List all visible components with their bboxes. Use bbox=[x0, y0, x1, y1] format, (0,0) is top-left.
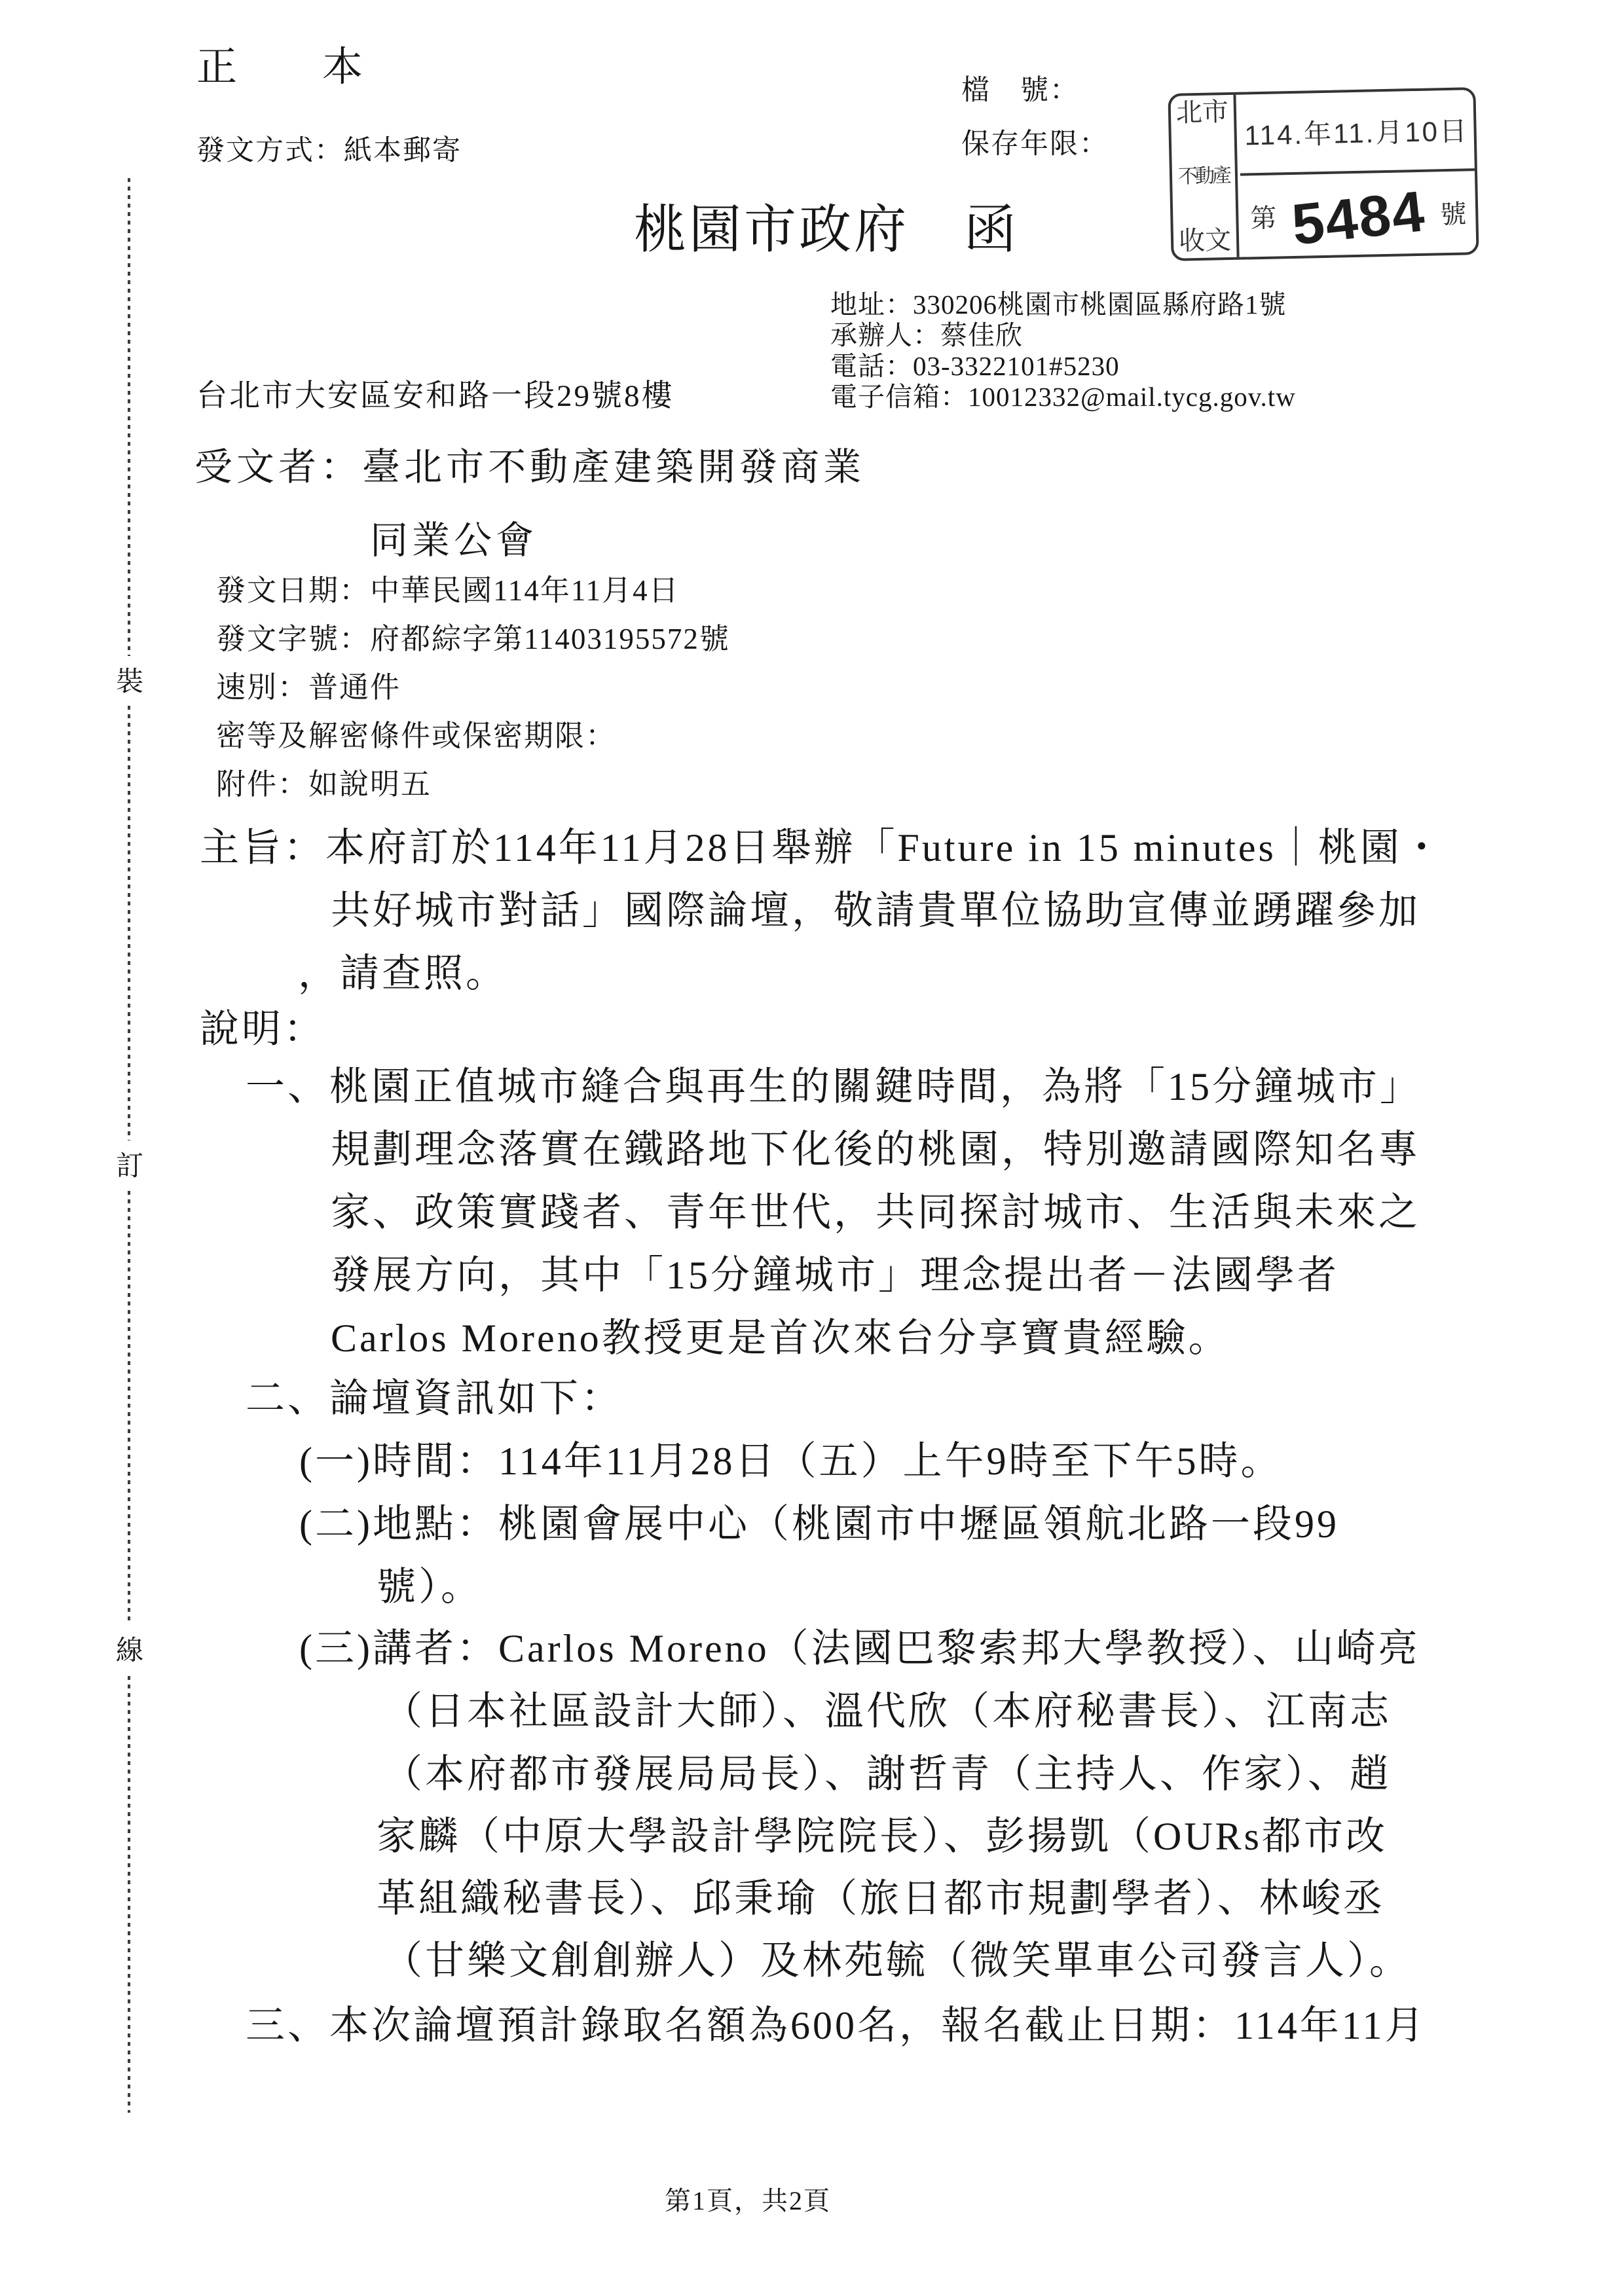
received-stamp: 北市 不動產 收文 114.年11.月10日 第 5484 號 bbox=[1168, 87, 1479, 261]
subject-line-1: 主旨：本府訂於114年11月28日舉辦「Future in 15 minutes… bbox=[200, 816, 1444, 873]
margin-mark-zhuang: 裝 bbox=[115, 656, 144, 703]
page-footer: 第1頁，共2頁 bbox=[665, 2180, 831, 2217]
sender-contact-person: 承辦人：蔡佳欣 bbox=[830, 320, 1296, 351]
document-title: 桃園市政府 函 bbox=[634, 187, 1019, 263]
stamp-receive-date: 114.年11.月10日 bbox=[1238, 90, 1475, 175]
detail-line-14: 革組織秘書長）、邱秉瑜（旅日都市規劃學者）、林峻丞 bbox=[377, 1867, 1385, 1923]
detail-line-2: 規劃理念落實在鐵路地下化後的桃園，特別邀請國際知名專 bbox=[331, 1118, 1420, 1175]
meta-doc-number: 發文字號：府都綜字第11403195572號 bbox=[216, 615, 730, 657]
retention-period-label: 保存年限： bbox=[961, 122, 1109, 162]
stamp-org-top: 北市 bbox=[1176, 99, 1229, 126]
stamp-receive-number: 5484 bbox=[1289, 177, 1429, 258]
stamp-right-section: 114.年11.月10日 第 5484 號 bbox=[1238, 90, 1476, 257]
detail-line-12: （本府都市發展局局長）、謝哲青（主持人、作家）、趙 bbox=[383, 1743, 1392, 1799]
meta-speed-class: 速別：普通件 bbox=[216, 663, 401, 706]
detail-line-10: (三)講者：Carlos Moreno（法國巴黎索邦大學教授）、山崎亮 bbox=[299, 1617, 1420, 1673]
sender-address: 地址：330206桃園市桃園區縣府路1號 bbox=[830, 289, 1296, 320]
stamp-org-mid: 不動產 bbox=[1178, 166, 1230, 187]
meta-secrecy: 密等及解密條件或保密期限： bbox=[216, 712, 616, 754]
stamp-org-column: 北市 不動產 收文 bbox=[1170, 95, 1239, 259]
sender-contact-block: 地址：330206桃園市桃園區縣府路1號 承辦人：蔡佳欣 電話：03-33221… bbox=[830, 289, 1296, 412]
subject-line-2: 共好城市對話」國際論壇，敬請貴單位協助宣傳並踴躍參加 bbox=[331, 879, 1420, 936]
stamp-org-bottom: 收文 bbox=[1179, 227, 1232, 255]
detail-line-15: （甘樂文創創辦人）及林苑毓（微笑單車公司發言人）。 bbox=[383, 1929, 1411, 1986]
scanned-official-letter-page: 裝 訂 線 正 本 發文方式：紙本郵寄 檔 號： 保存年限： 北市 不動產 收文… bbox=[0, 0, 1624, 2296]
recipient-line-2: 同業公會 bbox=[370, 509, 538, 564]
recipient-mail-address: 台北市大安區安和路一段29號8樓 bbox=[196, 371, 674, 415]
subject-line-3: ，請查照。 bbox=[298, 942, 507, 998]
detail-line-5: Carlos Moreno教授更是首次來台分享寶貴經驗。 bbox=[331, 1307, 1230, 1363]
stamp-number-prefix: 第 bbox=[1250, 197, 1277, 235]
meta-attachment: 附件：如說明五 bbox=[216, 760, 432, 803]
detail-line-11: （日本社區設計大師）、溫代欣（本府秘書長）、江南志 bbox=[383, 1680, 1392, 1736]
explanation-label: 說明： bbox=[200, 998, 325, 1054]
detail-line-16: 三、本次論壇預計錄取名額為600名，報名截止日期：114年11月 bbox=[246, 1994, 1427, 2050]
sender-email: 電子信箱：10012332@mail.tycg.gov.tw bbox=[830, 382, 1296, 412]
detail-line-3: 家、政策實踐者、青年世代，共同探討城市、生活與未來之 bbox=[331, 1181, 1420, 1237]
detail-line-9: 號）。 bbox=[377, 1556, 483, 1612]
margin-mark-ding: 訂 bbox=[115, 1140, 144, 1188]
recipient-line-1: 受文者：臺北市不動產建築開發商業 bbox=[194, 436, 865, 491]
meta-issue-date: 發文日期：中華民國114年11月4日 bbox=[216, 566, 680, 609]
file-number-label: 檔 號： bbox=[961, 68, 1079, 108]
stamp-number-row: 第 5484 號 bbox=[1240, 171, 1477, 257]
detail-line-4: 發展方向，其中「15分鐘城市」理念提出者－法國學者 bbox=[331, 1244, 1339, 1300]
send-method-label: 發文方式：紙本郵寄 bbox=[196, 128, 462, 168]
detail-line-7: (一)時間：114年11月28日（五）上午9時至下午5時。 bbox=[299, 1430, 1283, 1486]
detail-line-13: 家麟（中原大學設計學院院長）、彭揚凱（OURs都市改 bbox=[377, 1805, 1388, 1861]
detail-line-1: 一、桃園正值城市縫合與再生的關鍵時間，為將「15分鐘城市」 bbox=[246, 1055, 1422, 1112]
sender-phone: 電話：03-3322101#5230 bbox=[830, 351, 1296, 382]
detail-line-8: (二)地點：桃園會展中心（桃園市中壢區領航北路一段99 bbox=[299, 1493, 1339, 1549]
copy-type-label: 正 本 bbox=[196, 34, 385, 92]
stamp-number-suffix: 號 bbox=[1440, 193, 1467, 231]
margin-mark-xian: 線 bbox=[115, 1625, 144, 1672]
detail-line-6: 二、論壇資訊如下： bbox=[246, 1367, 623, 1423]
